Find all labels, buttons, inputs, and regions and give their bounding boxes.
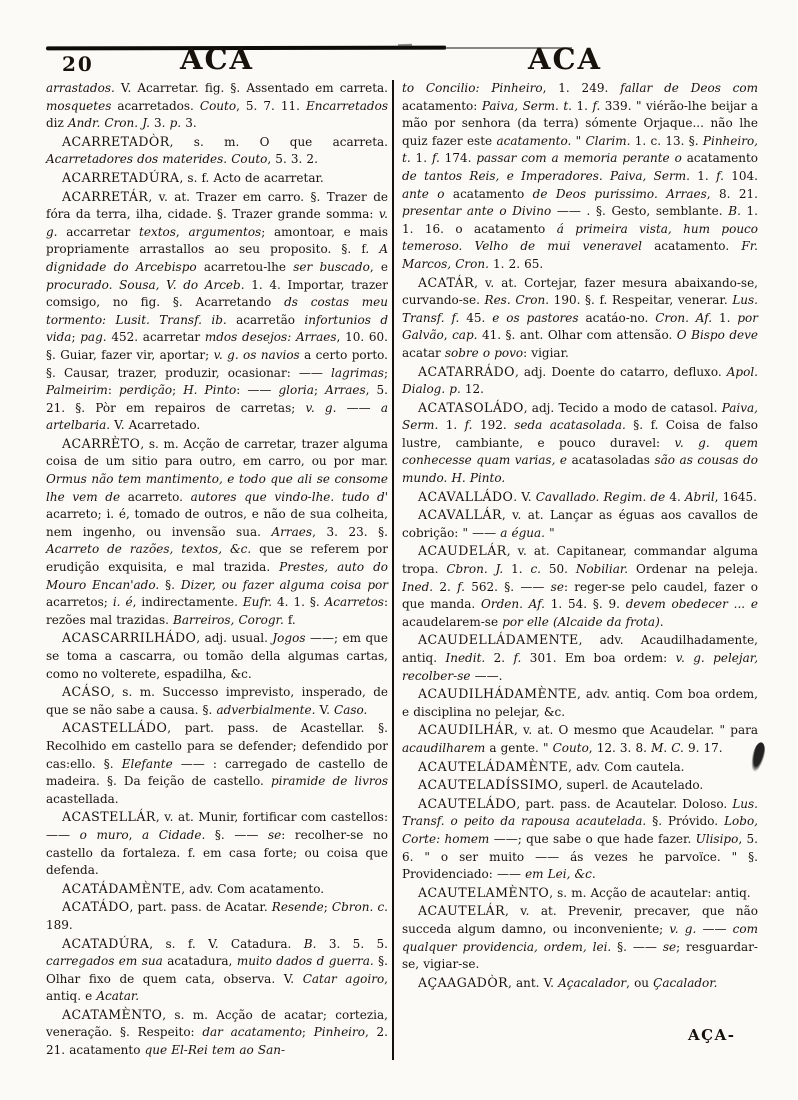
entry-headword: ACAUTELÁDO xyxy=(418,796,516,811)
page-number: 20 xyxy=(62,52,94,76)
entry-headword: ACARRETÁR xyxy=(62,189,148,204)
scan-mark xyxy=(398,44,412,47)
dictionary-page: 20 ACA ACA arrastados. V. Acarretar. fig… xyxy=(0,0,798,1100)
entry-headword: ACARRÈTO xyxy=(62,436,140,451)
dictionary-entry: ACAVALLÁR, v. at. Lançar as éguas aos ca… xyxy=(402,506,758,542)
entry-headword: ACATÁDO xyxy=(62,899,130,914)
running-head-left: ACA xyxy=(137,42,297,76)
entry-headword: ACAUDILHÁDAMÈNTE xyxy=(418,686,577,701)
entry-headword: ACATADÚRA xyxy=(62,936,149,951)
entry-headword: ACATÁDAMÈNTE xyxy=(62,881,181,896)
dictionary-entry: ACATÁDO, part. pass. de Acatar. Resende;… xyxy=(46,898,388,934)
dictionary-entry: ACATADÚRA, s. f. V. Catadura. B. 3. 5. 5… xyxy=(46,935,388,1006)
catchword: AÇA- xyxy=(688,1026,735,1044)
dictionary-entry: ACATAMÈNTO, s. m. Acção de acatar; corte… xyxy=(46,1006,388,1060)
entry-headword: ACASTELLÁDO xyxy=(62,720,167,735)
entry-headword: ACÁSO xyxy=(62,684,111,699)
entry-headword: ACASTELLÁR xyxy=(62,809,156,824)
dictionary-entry: ACASTELLÁR, v. at. Munir, fortificar com… xyxy=(46,808,388,879)
dictionary-entry: to Concilio: Pinheiro, 1. 249. fallar de… xyxy=(402,80,758,274)
entry-headword: ACASCARRILHÁDO xyxy=(62,630,196,645)
dictionary-entry: ACAUTELÁDO, part. pass. de Acautelar. Do… xyxy=(402,795,758,884)
dictionary-entry: ACATARRÁDO, adj. Doente do catarro, defl… xyxy=(402,363,758,399)
dictionary-entry: ACATASOLÁDO, adj. Tecido a modo de catas… xyxy=(402,399,758,488)
entry-headword: ACATAMÈNTO xyxy=(62,1007,162,1022)
entry-headword: ACAUDILHÁR xyxy=(418,722,514,737)
dictionary-entry: arrastados. V. Acarretar. fig. §. Assent… xyxy=(46,80,388,133)
dictionary-entry: ACARRETADÚRA, s. f. Acto de acarretar. xyxy=(46,169,388,188)
entry-headword: ACATASOLÁDO xyxy=(418,400,524,415)
dictionary-entry: ACASCARRILHÁDO, adj. usual. Jogos ——; em… xyxy=(46,629,388,683)
dictionary-entry: AÇAAGADÒR, ant. V. Açacalador, ou Çacala… xyxy=(402,974,758,993)
dictionary-entry: ACATÁDAMÈNTE, adv. Com acatamento. xyxy=(46,880,388,899)
entry-headword: ACAUTELÁDAMÈNTE xyxy=(418,759,568,774)
entry-headword: ACATARRÁDO xyxy=(418,364,515,379)
entry-headword: AÇAAGADÒR xyxy=(418,975,508,990)
text-columns: arrastados. V. Acarretar. fig. §. Assent… xyxy=(46,80,758,1060)
dictionary-entry: ACARRETÁR, v. at. Trazer em carro. §. Tr… xyxy=(46,188,388,435)
right-column: to Concilio: Pinheiro, 1. 249. fallar de… xyxy=(402,80,758,1060)
entry-headword: ACAUTELAMÈNTO xyxy=(418,885,549,900)
entry-headword: ACAUDELLÁDAMENTE xyxy=(418,632,579,647)
dictionary-entry: ACARRÈTO, s. m. Acção de carretar, traze… xyxy=(46,435,388,630)
column-divider xyxy=(392,80,394,1060)
entry-headword: ACAUTELÁR xyxy=(418,903,505,918)
dictionary-entry: ACASTELLÁDO, part. pass. de Acastellar. … xyxy=(46,719,388,808)
dictionary-entry: ACATÁR, v. at. Cortejar, fazer mesura ab… xyxy=(402,274,758,363)
entry-headword: ACAVALLÁR xyxy=(418,507,502,522)
dictionary-entry: ACAUDELLÁDAMENTE, adv. Acaudilhadamente,… xyxy=(402,631,758,685)
entry-headword: ACATÁR xyxy=(418,275,474,290)
dictionary-entry: ACAUDILHÁDAMÈNTE, adv. antiq. Com boa or… xyxy=(402,685,758,721)
running-head-right: ACA xyxy=(485,42,645,76)
entry-headword: ACAUTELADÍSSIMO xyxy=(418,777,559,792)
dictionary-entry: ACAUDELÁR, v. at. Capitanear, commandar … xyxy=(402,542,758,631)
entry-headword: ACAVALLÁDO xyxy=(418,489,513,504)
dictionary-entry: ACAVALLÁDO. V. Cavallado. Regim. de 4. A… xyxy=(402,488,758,507)
dictionary-entry: ACAUTELÁR, v. at. Prevenir, precaver, qu… xyxy=(402,902,758,973)
dictionary-entry: ACAUTELAMÈNTO, s. m. Acção de acautelar:… xyxy=(402,884,758,903)
dictionary-entry: ACÁSO, s. m. Successo imprevisto, insper… xyxy=(46,683,388,719)
dictionary-entry: ACAUDILHÁR, v. at. O mesmo que Acaudelar… xyxy=(402,721,758,757)
dictionary-entry: ACAUTELÁDAMÈNTE, adv. Com cautela. xyxy=(402,758,758,777)
left-column: arrastados. V. Acarretar. fig. §. Assent… xyxy=(46,80,388,1060)
entry-headword: ACARRETADÚRA xyxy=(62,170,179,185)
dictionary-entry: ACARRETADÒR, s. m. O que acarreta. Acarr… xyxy=(46,133,388,169)
dictionary-entry: ACAUTELADÍSSIMO, superl. de Acautelado. xyxy=(402,776,758,795)
entry-headword: ACARRETADÒR xyxy=(62,134,170,149)
entry-headword: ACAUDELÁR xyxy=(418,543,507,558)
